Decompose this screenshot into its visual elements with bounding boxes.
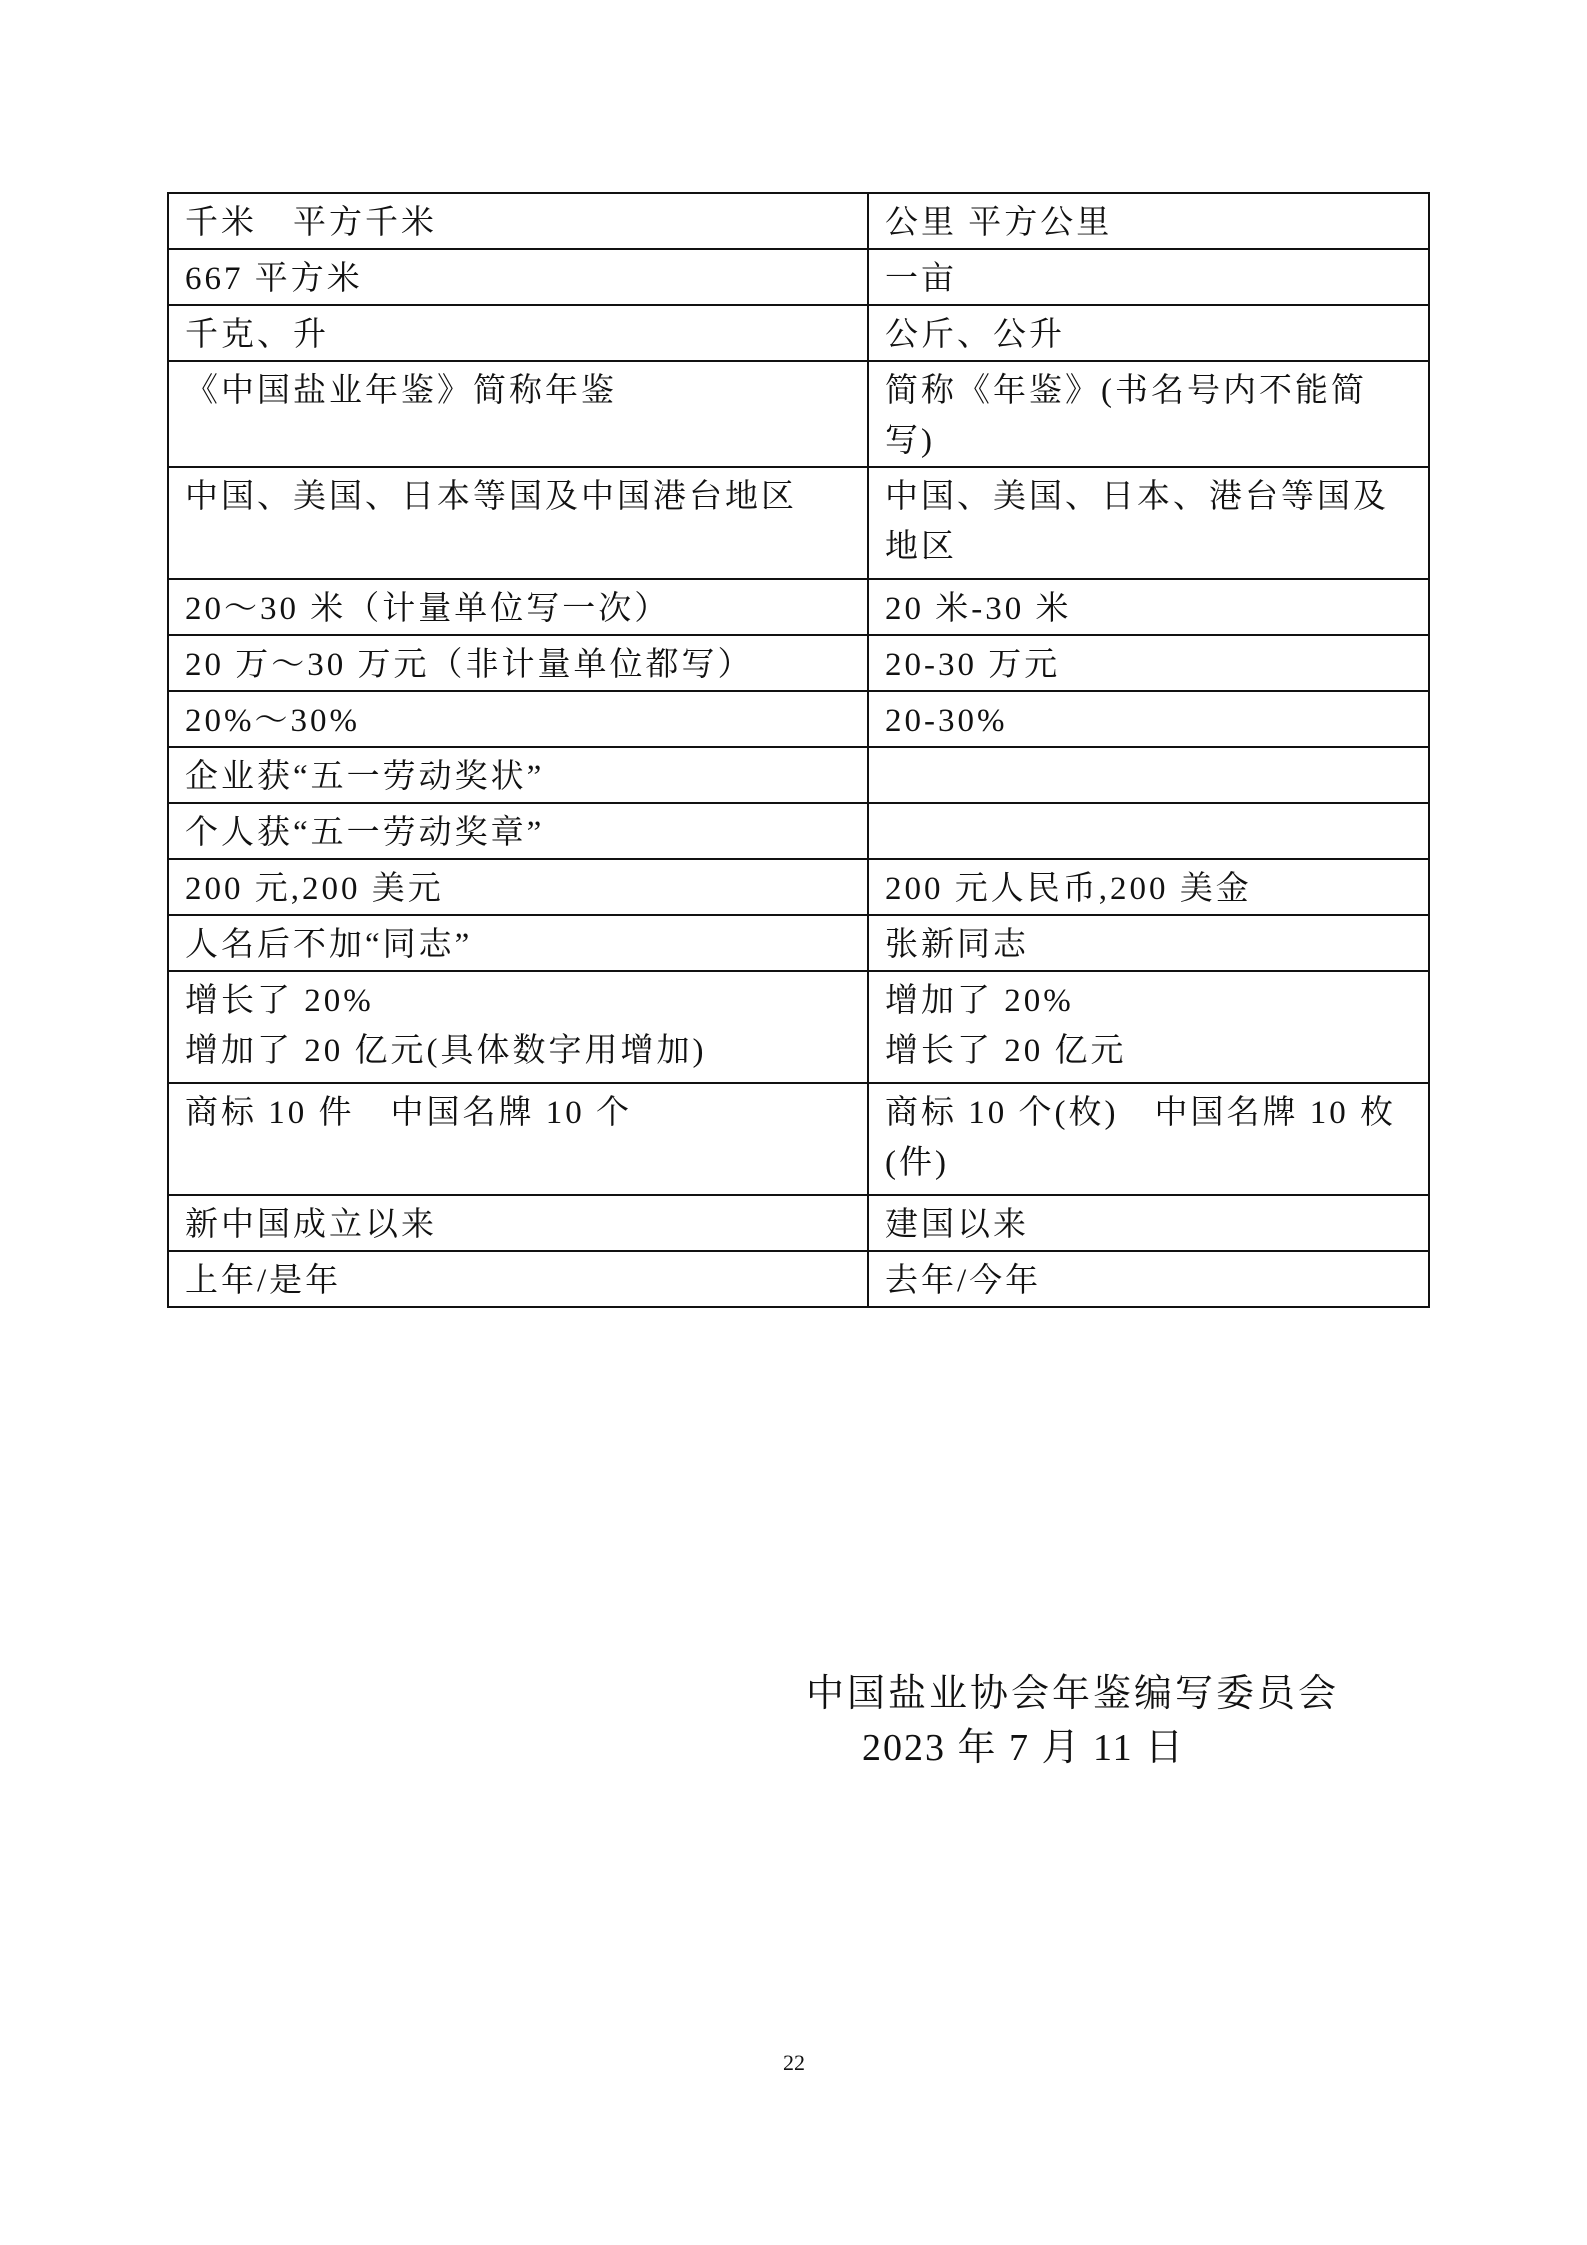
cell-incorrect-usage: 上年/是年 (168, 1251, 868, 1307)
table-row: 《中国盐业年鉴》简称年鉴简称《年鉴》(书名号内不能简写) (168, 361, 1429, 467)
cell-text: 公里 平方公里 (885, 198, 1412, 248)
cell-correct-usage: 简称《年鉴》(书名号内不能简写) (868, 361, 1429, 467)
table-row: 商标 10 件 中国名牌 10 个商标 10 个(枚) 中国名牌 10 枚(件) (168, 1083, 1429, 1195)
cell-correct-usage: 商标 10 个(枚) 中国名牌 10 枚(件) (868, 1083, 1429, 1195)
cell-correct-usage: 张新同志 (868, 915, 1429, 971)
cell-text: 上年/是年 (185, 1256, 851, 1306)
cell-text: 20 米-30 米 (885, 584, 1412, 634)
cell-correct-usage: 去年/今年 (868, 1251, 1429, 1307)
cell-incorrect-usage: 企业获“五一劳动奖状” (168, 747, 868, 803)
cell-incorrect-usage: 增长了 20%增加了 20 亿元(具体数字用增加) (168, 971, 868, 1083)
cell-text: 20 万～30 万元（非计量单位都写） (185, 640, 851, 690)
cell-text: 商标 10 件 中国名牌 10 个 (185, 1088, 851, 1138)
document-page: 千米 平方千米公里 平方公里667 平方米一亩千克、升公斤、公升《中国盐业年鉴》… (0, 0, 1587, 2245)
cell-incorrect-usage: 新中国成立以来 (168, 1195, 868, 1251)
table-row: 20%～30%20-30% (168, 691, 1429, 747)
cell-text: 20-30% (885, 696, 1412, 746)
cell-text: 个人获“五一劳动奖章” (185, 808, 851, 858)
table-row: 人名后不加“同志”张新同志 (168, 915, 1429, 971)
cell-correct-usage: 200 元人民币,200 美金 (868, 859, 1429, 915)
cell-correct-usage: 增加了 20%增长了 20 亿元 (868, 971, 1429, 1083)
table-row: 667 平方米一亩 (168, 249, 1429, 305)
cell-text: 简称《年鉴》(书名号内不能简写) (885, 366, 1412, 466)
cell-text: 20%～30% (185, 696, 851, 746)
cell-text: 《中国盐业年鉴》简称年鉴 (185, 366, 851, 416)
cell-correct-usage: 中国、美国、日本、港台等国及地区 (868, 467, 1429, 579)
cell-incorrect-usage: 667 平方米 (168, 249, 868, 305)
cell-text: 商标 10 个(枚) 中国名牌 10 枚(件) (885, 1088, 1412, 1188)
cell-incorrect-usage: 《中国盐业年鉴》简称年鉴 (168, 361, 868, 467)
cell-correct-usage: 20 米-30 米 (868, 579, 1429, 635)
cell-text: 200 元,200 美元 (185, 864, 851, 914)
cell-incorrect-usage: 人名后不加“同志” (168, 915, 868, 971)
table-row: 上年/是年去年/今年 (168, 1251, 1429, 1307)
cell-incorrect-usage: 商标 10 件 中国名牌 10 个 (168, 1083, 868, 1195)
cell-incorrect-usage: 20～30 米（计量单位写一次） (168, 579, 868, 635)
cell-incorrect-usage: 20 万～30 万元（非计量单位都写） (168, 635, 868, 691)
cell-text: 千克、升 (185, 310, 851, 360)
cell-text: 20～30 米（计量单位写一次） (185, 584, 851, 634)
signature-organization: 中国盐业协会年鉴编写委员会 (806, 1668, 1339, 1720)
cell-text: 中国、美国、日本、港台等国及地区 (885, 472, 1412, 572)
cell-text: 千米 平方千米 (185, 198, 851, 248)
table-row: 新中国成立以来建国以来 (168, 1195, 1429, 1251)
cell-incorrect-usage: 200 元,200 美元 (168, 859, 868, 915)
cell-incorrect-usage: 千米 平方千米 (168, 193, 868, 249)
table-row: 千克、升公斤、公升 (168, 305, 1429, 361)
table-row: 个人获“五一劳动奖章” (168, 803, 1429, 859)
table-row: 20～30 米（计量单位写一次）20 米-30 米 (168, 579, 1429, 635)
cell-correct-usage: 建国以来 (868, 1195, 1429, 1251)
page-number: 22 (783, 2050, 805, 2076)
cell-correct-usage: 公斤、公升 (868, 305, 1429, 361)
cell-correct-usage: 公里 平方公里 (868, 193, 1429, 249)
cell-incorrect-usage: 千克、升 (168, 305, 868, 361)
cell-correct-usage: 20-30 万元 (868, 635, 1429, 691)
table-row: 中国、美国、日本等国及中国港台地区中国、美国、日本、港台等国及地区 (168, 467, 1429, 579)
table-row: 企业获“五一劳动奖状” (168, 747, 1429, 803)
cell-correct-usage (868, 747, 1429, 803)
signature-date: 2023 年 7 月 11 日 (862, 1722, 1185, 1774)
cell-text: 建国以来 (885, 1200, 1412, 1250)
cell-text: 200 元人民币,200 美金 (885, 864, 1412, 914)
cell-correct-usage: 20-30% (868, 691, 1429, 747)
cell-incorrect-usage: 个人获“五一劳动奖章” (168, 803, 868, 859)
table-row: 200 元,200 美元200 元人民币,200 美金 (168, 859, 1429, 915)
cell-text: 去年/今年 (885, 1256, 1412, 1306)
cell-text: 中国、美国、日本等国及中国港台地区 (185, 472, 851, 522)
cell-text: 增长了 20 亿元 (885, 1026, 1412, 1076)
cell-text: 20-30 万元 (885, 640, 1412, 690)
cell-text: 增长了 20% (185, 976, 851, 1026)
usage-comparison-table: 千米 平方千米公里 平方公里667 平方米一亩千克、升公斤、公升《中国盐业年鉴》… (167, 192, 1430, 1308)
cell-correct-usage (868, 803, 1429, 859)
cell-text: 企业获“五一劳动奖状” (185, 752, 851, 802)
cell-incorrect-usage: 中国、美国、日本等国及中国港台地区 (168, 467, 868, 579)
cell-text: 667 平方米 (185, 254, 851, 304)
cell-correct-usage: 一亩 (868, 249, 1429, 305)
cell-text: 人名后不加“同志” (185, 920, 851, 970)
cell-text: 张新同志 (885, 920, 1412, 970)
table-row: 增长了 20%增加了 20 亿元(具体数字用增加)增加了 20%增长了 20 亿… (168, 971, 1429, 1083)
table-row: 千米 平方千米公里 平方公里 (168, 193, 1429, 249)
cell-text: 增加了 20% (885, 976, 1412, 1026)
table-row: 20 万～30 万元（非计量单位都写）20-30 万元 (168, 635, 1429, 691)
cell-text: 增加了 20 亿元(具体数字用增加) (185, 1026, 851, 1076)
cell-text: 公斤、公升 (885, 310, 1412, 360)
cell-text: 一亩 (885, 254, 1412, 304)
cell-incorrect-usage: 20%～30% (168, 691, 868, 747)
cell-text: 新中国成立以来 (185, 1200, 851, 1250)
